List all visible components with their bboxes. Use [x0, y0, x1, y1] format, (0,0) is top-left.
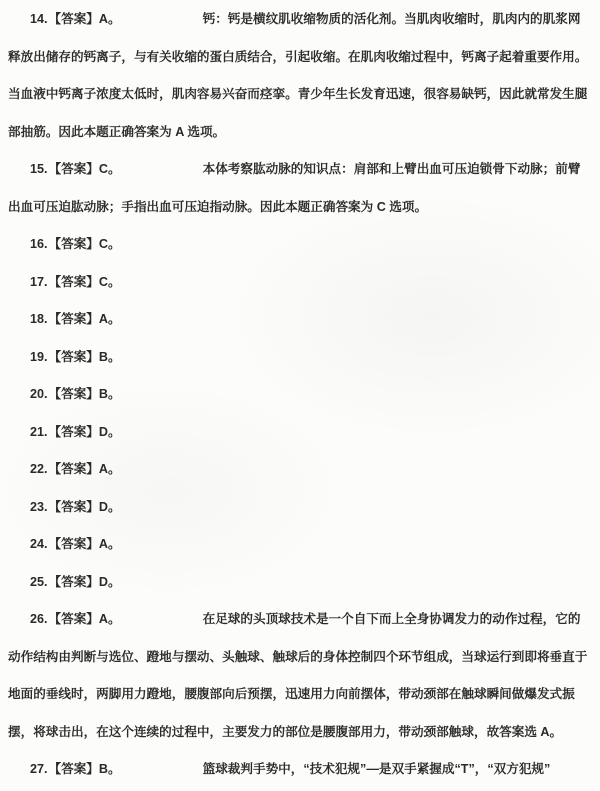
answer-letter: D。 — [99, 500, 121, 514]
answer-letter: A。 — [99, 462, 121, 476]
answer-item: 14.【答案】A。钙：钙是横纹肌收缩物质的活化剂。当肌肉收缩时，肌肉内的肌浆网释… — [8, 1, 592, 151]
answer-item: 22.【答案】A。 — [8, 451, 592, 489]
answer-letter: D。 — [99, 425, 121, 439]
answer-explanation: 篮球裁判手势中，“技术犯规”—是双手紧握成“T”，“双方犯规” — [203, 762, 551, 776]
answer-item: 23.【答案】D。 — [8, 489, 592, 527]
answer-item: 21.【答案】D。 — [8, 414, 592, 452]
question-number: 18. — [30, 312, 49, 326]
answer-item: 26.【答案】A。在足球的头顶球技术是一个自下而上全身协调发力的动作过程，它的动… — [8, 601, 592, 751]
answer-label: 【答案】 — [49, 387, 99, 401]
answer-item: 18.【答案】A。 — [8, 301, 592, 339]
answer-label: 【答案】 — [49, 312, 99, 326]
answer-explanation-spacer — [121, 772, 203, 773]
question-number: 23. — [30, 500, 49, 514]
question-number: 27. — [30, 762, 49, 776]
answer-item: 16.【答案】C。 — [8, 226, 592, 264]
question-number: 17. — [30, 275, 49, 289]
answer-label: 【答案】 — [49, 462, 99, 476]
answer-key-document: 14.【答案】A。钙：钙是横纹肌收缩物质的活化剂。当肌肉收缩时，肌肉内的肌浆网释… — [0, 0, 600, 791]
answer-label: 【答案】 — [49, 425, 99, 439]
answer-item: 17.【答案】C。 — [8, 264, 592, 302]
question-number: 15. — [30, 162, 49, 176]
answer-explanation-spacer — [121, 172, 203, 173]
answer-item: 27.【答案】B。篮球裁判手势中，“技术犯规”—是双手紧握成“T”，“双方犯规” — [8, 751, 592, 789]
answer-letter: A。 — [99, 312, 121, 326]
question-number: 22. — [30, 462, 49, 476]
question-number: 14. — [30, 12, 49, 26]
question-number: 20. — [30, 387, 49, 401]
answer-letter: A。 — [99, 612, 121, 626]
answer-letter: A。 — [99, 12, 121, 26]
answer-letter: A。 — [99, 537, 121, 551]
question-number: 21. — [30, 425, 49, 439]
question-number: 26. — [30, 612, 49, 626]
answer-letter: B。 — [99, 350, 121, 364]
question-number: 25. — [30, 575, 49, 589]
answer-letter: C。 — [99, 275, 121, 289]
question-number: 19. — [30, 350, 49, 364]
answer-label: 【答案】 — [49, 762, 99, 776]
answer-label: 【答案】 — [49, 612, 99, 626]
answer-item: 25.【答案】D。 — [8, 564, 592, 602]
answer-label: 【答案】 — [49, 350, 99, 364]
answer-label: 【答案】 — [49, 500, 99, 514]
answer-label: 【答案】 — [49, 162, 99, 176]
question-number: 16. — [30, 237, 49, 251]
question-number: 24. — [30, 537, 49, 551]
answer-label: 【答案】 — [49, 537, 99, 551]
answer-letter: D。 — [99, 575, 121, 589]
answer-explanation: 钙：钙是横纹肌收缩物质的活化剂。当肌肉收缩时，肌肉内的肌浆网释放出储存的钙离子，… — [8, 12, 587, 139]
answer-label: 【答案】 — [49, 237, 99, 251]
answer-letter: C。 — [99, 162, 121, 176]
answer-label: 【答案】 — [49, 575, 99, 589]
answer-explanation: 在足球的头顶球技术是一个自下而上全身协调发力的动作过程，它的动作结构由判断与选位… — [8, 612, 587, 739]
answer-explanation-spacer — [121, 622, 203, 623]
answer-item: 15.【答案】C。本体考察肱动脉的知识点：肩部和上臂出血可压迫锁骨下动脉；前臂出… — [8, 151, 592, 226]
answer-item: 19.【答案】B。 — [8, 339, 592, 377]
answer-explanation-spacer — [121, 22, 203, 23]
answer-letter: B。 — [99, 762, 121, 776]
answer-letter: B。 — [99, 387, 121, 401]
answer-label: 【答案】 — [49, 275, 99, 289]
answer-label: 【答案】 — [49, 12, 99, 26]
answer-item: 20.【答案】B。 — [8, 376, 592, 414]
answer-letter: C。 — [99, 237, 121, 251]
answer-item: 24.【答案】A。 — [8, 526, 592, 564]
